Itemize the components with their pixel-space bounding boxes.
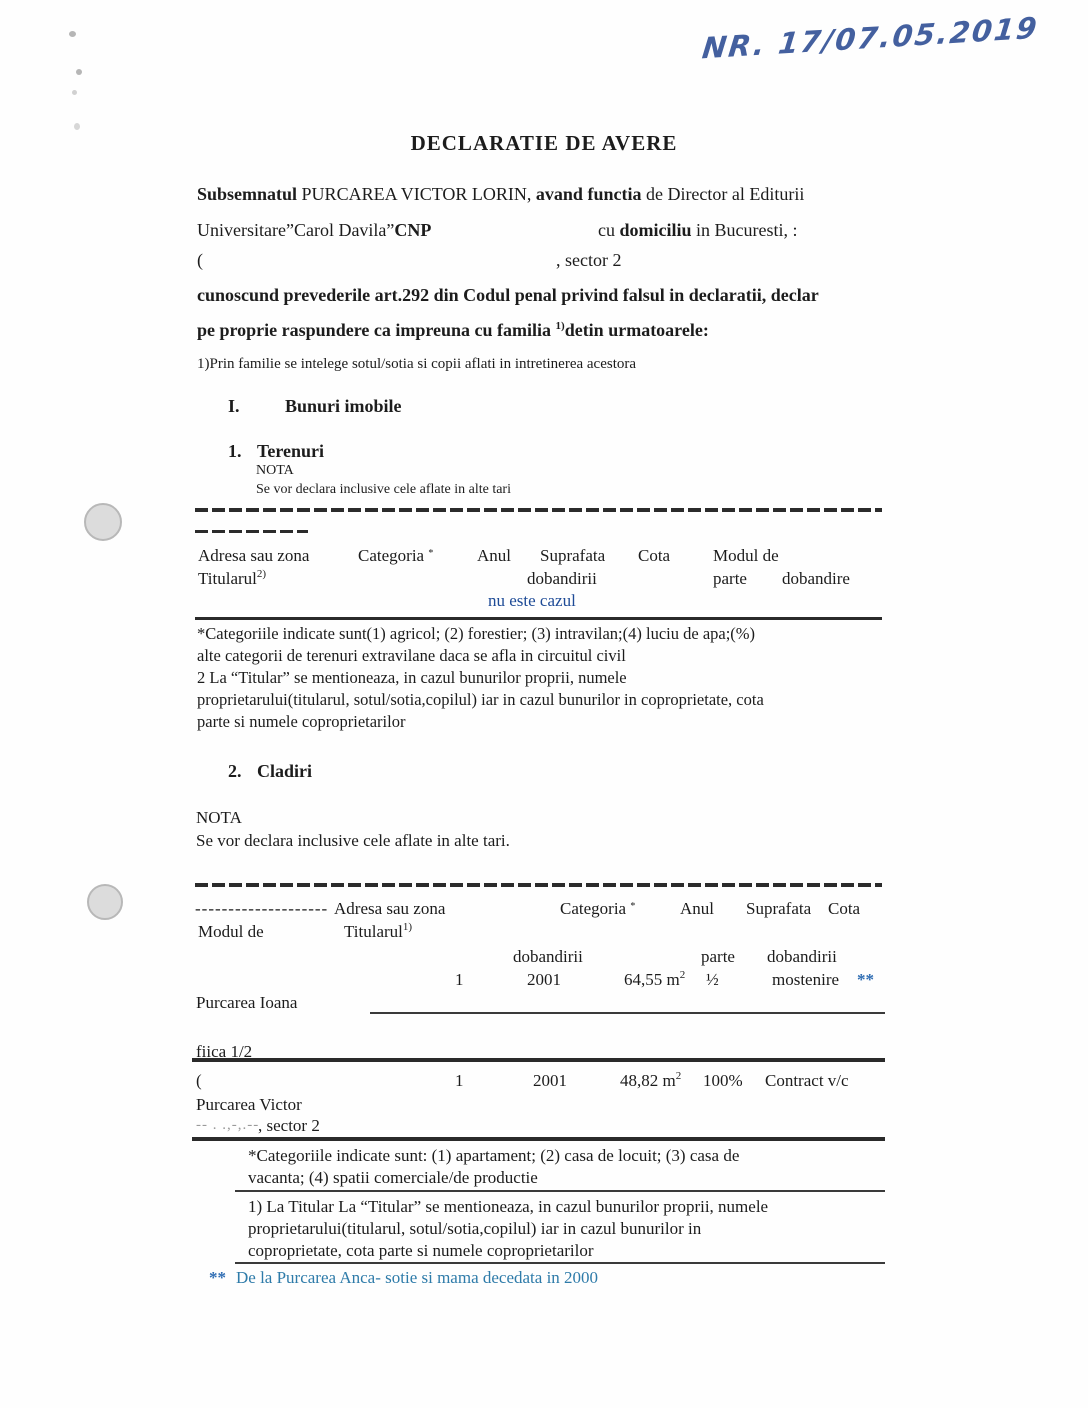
row2-cota: 100% (703, 1071, 743, 1091)
cladiri-nota-label: NOTA (196, 808, 242, 828)
terenuri-col-titularul: Titularul2) (198, 569, 266, 589)
intro-name: PURCAREA VICTOR LORIN, (297, 184, 536, 204)
cladiri-titularul-label: Titularul (344, 922, 403, 941)
row2-categoria: 1 (455, 1071, 464, 1091)
terenuri-title: Terenuri (257, 441, 324, 462)
terenuri-footnote-line: proprietarului(titularul, sotul/sotia,co… (197, 691, 764, 710)
oath-line-2: pe proprie raspundere ca impreuna cu fam… (197, 320, 709, 341)
terenuri-col-dobandire: dobandire (782, 569, 850, 589)
cladiri-footnoteA-line: vacanta; (4) spatii comerciale/de produc… (248, 1168, 538, 1188)
scan-speck (72, 90, 77, 95)
terenuri-footnote-line: *Categoriile indicate sunt(1) agricol; (… (197, 625, 755, 644)
row2-titular: Purcarea Victor (196, 1095, 302, 1115)
terenuri-empty-value: nu este cazul (488, 591, 576, 611)
terenuri-titularul-label: Titularul (198, 569, 257, 588)
terenuri-col-parte: parte (713, 569, 747, 589)
terenuri-col-cota: Cota (638, 546, 670, 566)
terenuri-number: 1. (228, 441, 242, 462)
cladiri-footnoteB-line: proprietarului(titularul, sotul/sotia,co… (248, 1219, 701, 1239)
terenuri-footnote-line: alte categorii de terenuri extravilane d… (197, 647, 626, 666)
cladiri-number: 2. (228, 761, 242, 782)
cladiri-col-dobandirii: dobandirii (513, 947, 583, 967)
row-divider (370, 1012, 885, 1014)
cladiri-footnoteB-line: coproprietate, cota parte si numele copr… (248, 1241, 594, 1261)
row1-cota: ½ (706, 970, 719, 990)
intro-line-2: Universitare”Carol Davila”CNP (197, 220, 431, 241)
section-1-number: I. (228, 396, 240, 417)
oath-line-2a: pe proprie raspundere ca impreuna cu fam… (197, 320, 556, 340)
terenuri-col-suprafata: Suprafata (540, 546, 605, 566)
hole-punch (87, 884, 123, 920)
terenuri-nota-label: NOTA (256, 463, 294, 479)
row1-anul: 2001 (527, 970, 561, 990)
cladiri-categoria-star: * (630, 901, 635, 912)
section-1-title: Bunuri imobile (285, 396, 402, 417)
footnote-divider (235, 1190, 885, 1192)
terenuri-footnote-line: 2 La “Titular” se mentioneaza, in cazul … (197, 669, 627, 688)
terenuri-col-dobandirii: dobandirii (527, 569, 597, 589)
row1-categoria: 1 (455, 970, 464, 990)
family-definition-footnote: 1)Prin familie se intelege sotul/sotia s… (197, 356, 636, 373)
terenuri-col-categoria: Categoria * (358, 546, 433, 566)
cladiri-footnoteB-line: 1) La Titular La “Titular” se mentioneaz… (248, 1197, 768, 1217)
intro-institution: Universitare”Carol Davila” (197, 220, 394, 240)
row1-titular: Purcarea Ioana (196, 993, 297, 1013)
terenuri-col-modul: Modul de (713, 546, 779, 566)
cladiri-col-cota: Cota (828, 899, 860, 919)
terenuri-col-anul: Anul (477, 546, 511, 566)
intro-line-1: Subsemnatul PURCAREA VICTOR LORIN, avand… (197, 184, 804, 205)
cladiri-col-anul: Anul (680, 899, 714, 919)
scan-speck (76, 69, 82, 75)
footnote-divider (235, 1262, 885, 1264)
oath-line-2b: detin urmatoarele: (565, 320, 709, 340)
cladiri-col-suprafata: Suprafata (746, 899, 811, 919)
cladiri-nota-text: Se vor declara inclusive cele aflate in … (196, 831, 510, 851)
oath-line-1: cunoscund prevederile art.292 din Codul … (197, 285, 819, 306)
scan-speck (69, 31, 76, 37)
row2-sector: , sector 2 (258, 1116, 320, 1136)
row2-address-mask: ( (196, 1071, 202, 1091)
row1-stars-ref: ** (857, 970, 874, 990)
scanned-declaration-page: NR. 17/07.05.2019 DECLARATIE DE AVERE Su… (0, 0, 1088, 1408)
cladiri-col-parte: parte (701, 947, 735, 967)
scan-speck (74, 123, 80, 130)
page-title: DECLARATIE DE AVERE (0, 131, 1088, 155)
cladiri-col-titularul: Titularul1) (344, 922, 412, 942)
cladiri-title: Cladiri (257, 761, 312, 782)
row2-mod: Contract v/c (765, 1071, 849, 1091)
oath-footnote-ref: 1) (556, 320, 565, 332)
row2-m2-sup: 2 (676, 1070, 682, 1082)
cladiri-col-categoria: Categoria * (560, 899, 635, 919)
intro-domiciliu: domiciliu (620, 220, 692, 240)
thick-rule (192, 1137, 885, 1141)
cladiri-col-categoria-label: Categoria (560, 899, 626, 918)
intro-bucuresti: in Bucuresti, : (692, 220, 798, 240)
intro-functia-value: de Director al Editurii (641, 184, 804, 204)
row2-address-redacted: -- . .,-,.-- (196, 1117, 259, 1134)
terenuri-col-adresa: Adresa sau zona (198, 546, 309, 566)
row2-suprafata-value: 48,82 m (620, 1071, 676, 1090)
blue-note-text: De la Purcarea Anca- sotie si mama deced… (236, 1268, 598, 1288)
blue-note-stars: ** (209, 1268, 226, 1288)
terenuri-footnote-line: parte si numele coproprietarilor (197, 713, 405, 732)
terenuri-nota-text: Se vor declara inclusive cele aflate in … (256, 482, 511, 498)
row2-anul: 2001 (533, 1071, 567, 1091)
intro-paren: ( (197, 250, 203, 271)
intro-functia: avand functia (536, 184, 642, 204)
row1-suprafata: 64,55 m2 (624, 970, 685, 990)
cladiri-col-modul: Modul de (198, 922, 264, 942)
handwritten-registration-number: NR. 17/07.05.2019 (700, 12, 1040, 66)
intro-sector: , sector 2 (556, 250, 621, 271)
terenuri-titularul-ref: 2) (257, 568, 266, 580)
intro-cnp-label: CNP (394, 220, 431, 240)
row1-suprafata-value: 64,55 m (624, 970, 680, 989)
intro-subsemnatul: Subsemnatul (197, 184, 297, 204)
solid-rule (195, 617, 882, 620)
terenuri-col-categoria-label: Categoria (358, 546, 424, 565)
intro-line-2b: cu domiciliu in Bucuresti, : (598, 220, 798, 241)
cladiri-footnoteA-line: *Categoriile indicate sunt: (1) apartame… (248, 1146, 739, 1166)
cladiri-header-dashes: -------------------- (195, 899, 328, 919)
cladiri-col-adresa: Adresa sau zona (334, 899, 445, 919)
terenuri-categoria-star: * (428, 548, 433, 559)
hole-punch (84, 503, 122, 541)
cladiri-col-dobandirii2: dobandirii (767, 947, 837, 967)
dashed-rule-short (195, 530, 308, 533)
dashed-rule (195, 508, 882, 512)
dashed-rule (195, 883, 882, 887)
cladiri-titularul-ref: 1) (403, 921, 412, 933)
thick-rule (192, 1058, 885, 1062)
intro-cu: cu (598, 220, 620, 240)
row1-m2-sup: 2 (680, 969, 686, 981)
row1-mod: mostenire (772, 970, 839, 990)
row2-suprafata: 48,82 m2 (620, 1071, 681, 1091)
